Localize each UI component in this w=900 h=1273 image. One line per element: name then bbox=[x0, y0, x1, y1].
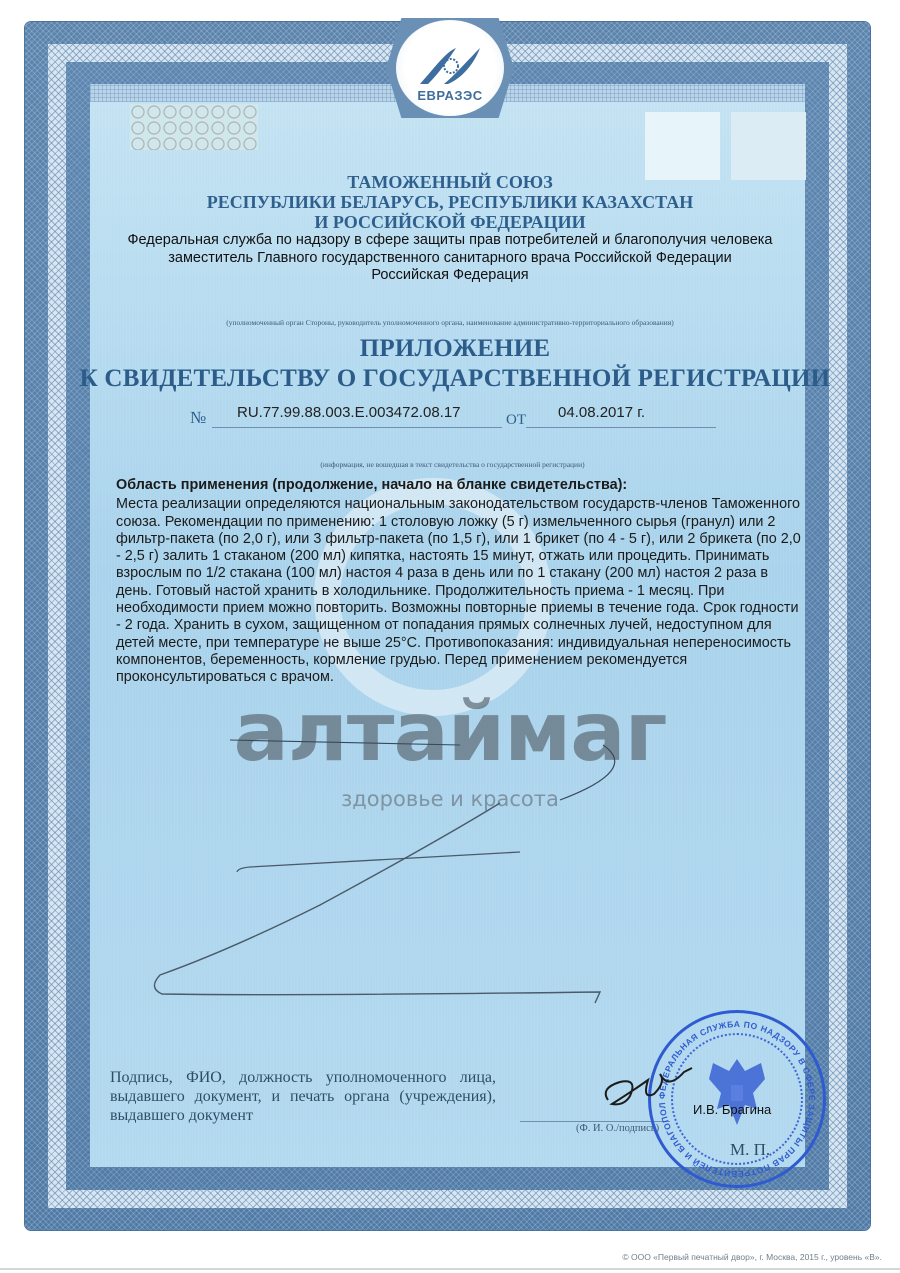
printer-copyright: © ООО «Первый печатный двор», г. Москва,… bbox=[622, 1252, 882, 1262]
seal-label: М. П. bbox=[730, 1140, 770, 1160]
handwritten-signature bbox=[598, 1060, 708, 1120]
signature-caption: Подпись, ФИО, должность уполномоченного … bbox=[110, 1068, 496, 1125]
signatory-name: И.В. Брагина bbox=[693, 1102, 771, 1117]
scan-edge bbox=[0, 1268, 900, 1270]
name-underline bbox=[520, 1121, 670, 1122]
name-caption: (Ф. И. О./подпись) bbox=[576, 1123, 659, 1134]
